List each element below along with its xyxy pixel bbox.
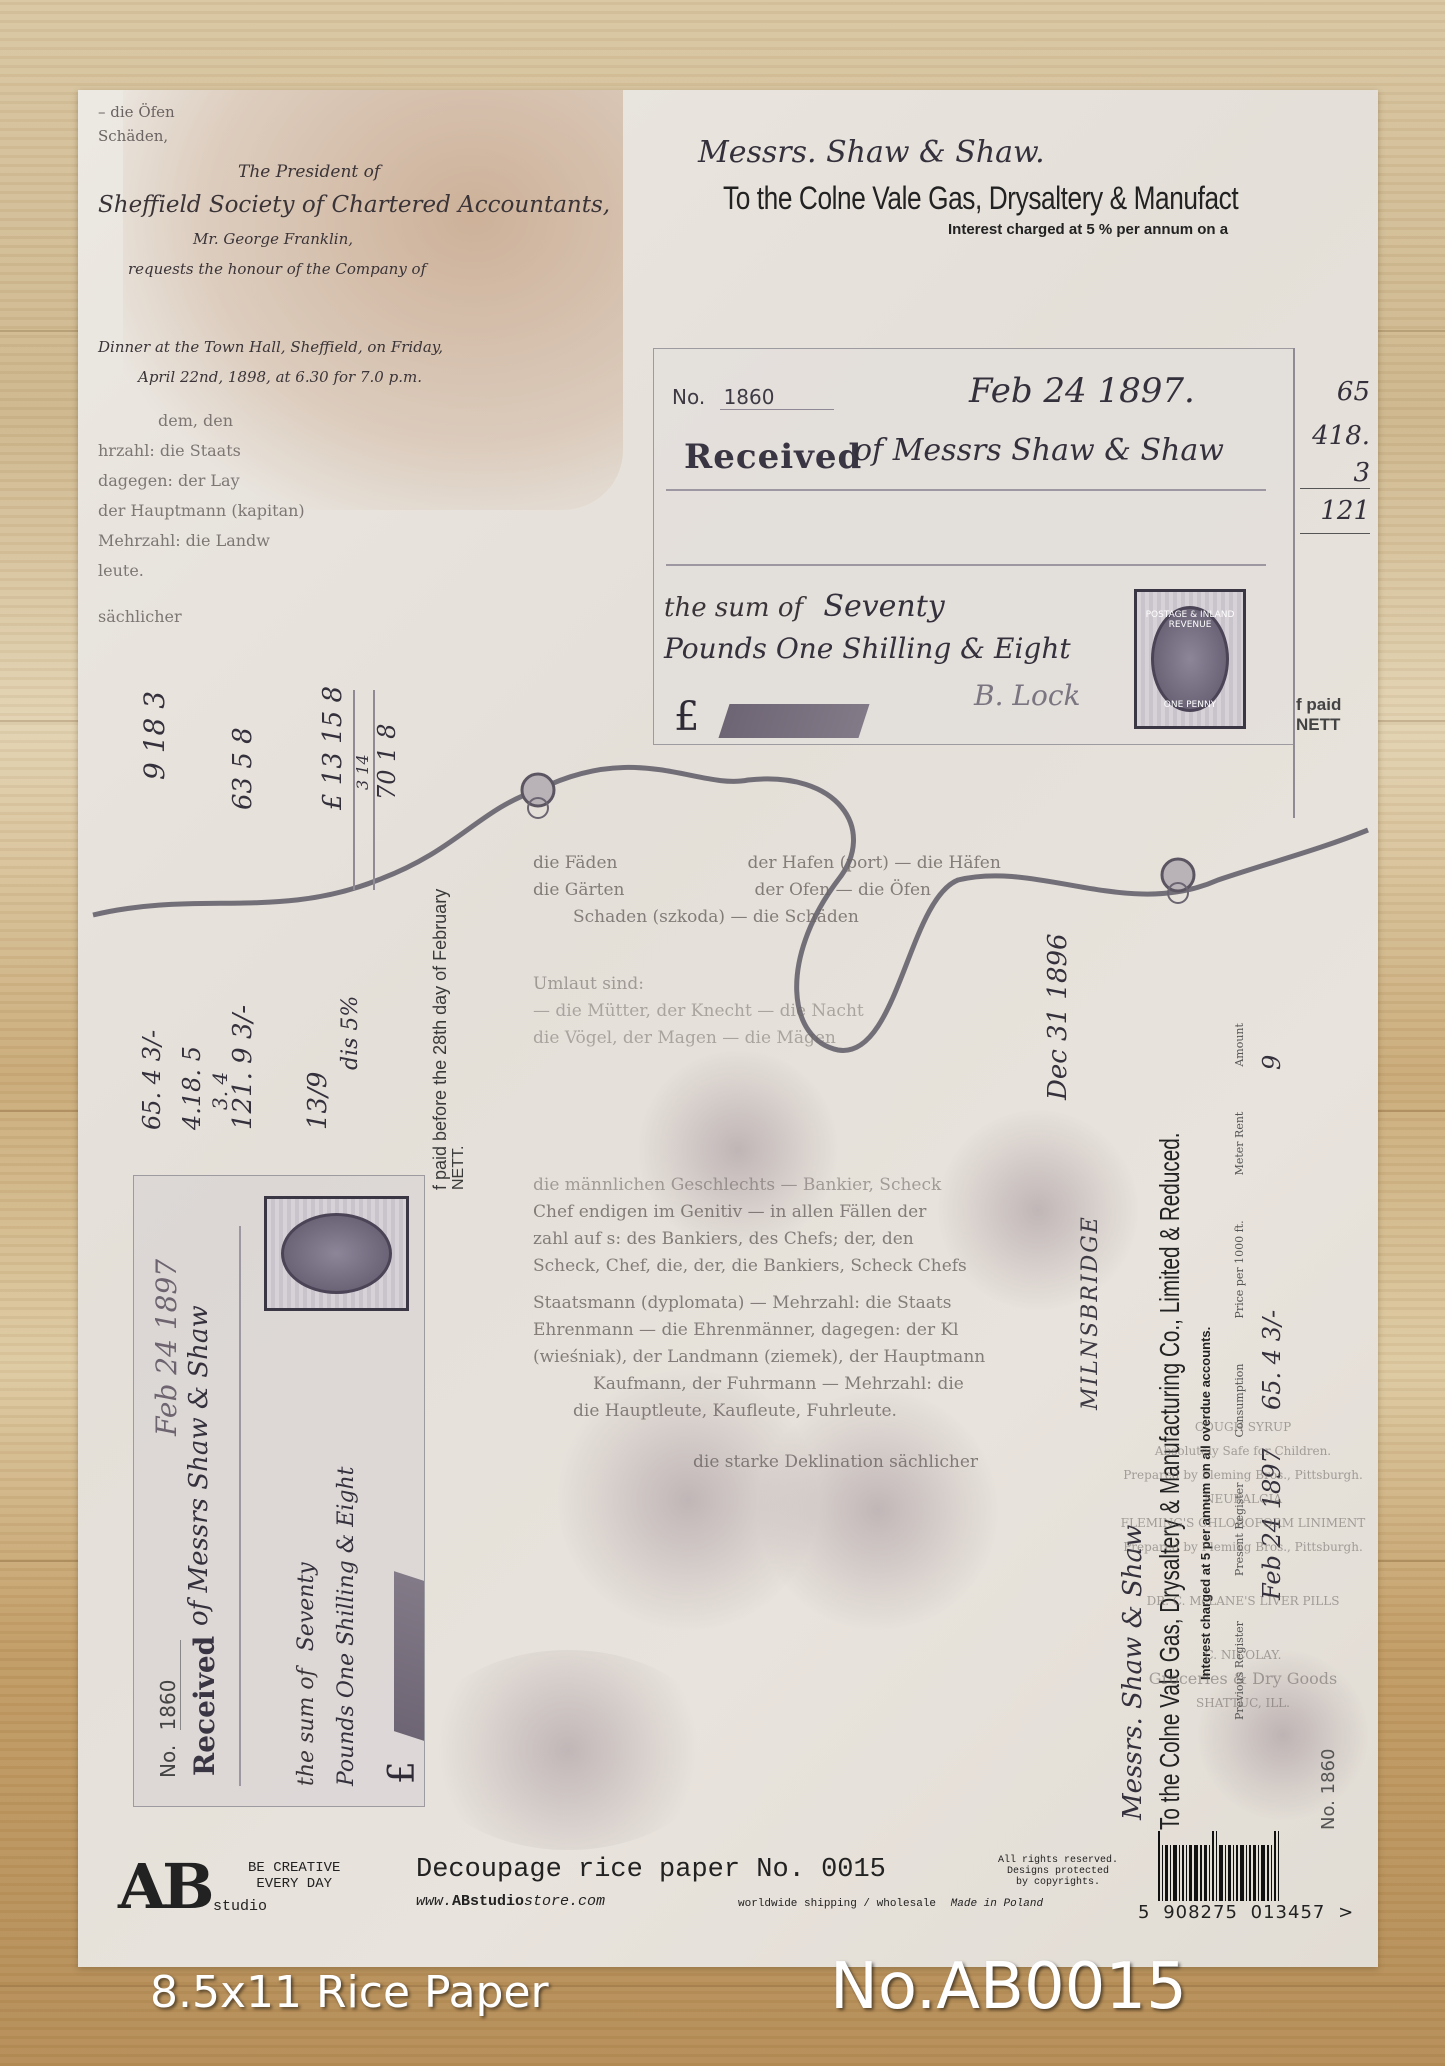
- number-value: 1860: [156, 1640, 181, 1731]
- ledger-figure: 70 1 8: [373, 724, 401, 800]
- column-header: Amount: [1233, 1023, 1246, 1067]
- ledger-figure: £ 13 15 8: [318, 686, 348, 810]
- shipping-text: worldwide shipping / wholesale: [738, 1898, 936, 1910]
- ledger-figure: 4.18. 5: [178, 1046, 206, 1130]
- pound-sign: £: [382, 1761, 423, 1784]
- ledger-rule: [353, 690, 355, 890]
- ad-line: Groceries & Dry Goods: [1108, 1667, 1378, 1691]
- number-value: 1860: [1318, 1749, 1339, 1795]
- ad-line: NEURALGIA: [1108, 1487, 1378, 1511]
- ad-line: FLEMING'S CHLOROFORM LINIMENT: [1108, 1511, 1378, 1535]
- paid-before-text: f paid before the 28th day of February: [430, 889, 451, 1190]
- ad-line: SHATTUC, ILL.: [1108, 1691, 1378, 1715]
- column-header: Meter Rent: [1233, 1112, 1246, 1176]
- sum-script: Seventy: [294, 1562, 319, 1651]
- shipping-info: worldwide shipping / wholesale Made in P…: [738, 1898, 1043, 1910]
- barcode-digit-group: 5: [1138, 1902, 1150, 1923]
- ad-line: DR. C. McLANE'S LIVER PILLS: [1108, 1589, 1378, 1613]
- receipt-rotated-content: [464, 1176, 754, 1796]
- barcode-arrow: >: [1338, 1902, 1354, 1923]
- received-from: of Messrs Shaw & Shaw: [184, 1305, 214, 1626]
- german-line: die Fäden: [533, 850, 617, 877]
- product-title: Decoupage rice paper No. 0015: [416, 1855, 886, 1885]
- ledger-rule: [373, 690, 375, 890]
- tagline-line: EVERY DAY: [248, 1876, 340, 1892]
- rice-paper-sheet: – die Öfen Schäden, The President of She…: [78, 90, 1378, 1967]
- sum-script: Pounds One Shilling & Eight: [334, 1467, 359, 1786]
- ledger-figures: 9 18 3 63 5 8 £ 13 15 8 3 14 70 1 8 65. …: [148, 690, 508, 1150]
- product-number-caption: No.AB0015: [830, 1950, 1187, 2024]
- ledger-figure: dis 5%: [338, 996, 363, 1070]
- logo-studio: studio: [213, 1898, 267, 1915]
- size-caption: 8.5x11 Rice Paper: [150, 1967, 549, 2018]
- tagline-line: BE CREATIVE: [248, 1860, 340, 1876]
- ad-line: Prepared by Fleming Bros., Pittsburgh.: [1108, 1535, 1378, 1559]
- copyright-notice: All rights reserved. Designs protected b…: [998, 1855, 1118, 1888]
- queen-portrait-icon: [281, 1213, 392, 1294]
- penny-stamp-icon: [264, 1196, 409, 1311]
- ledger-figure: 65. 4 3/-: [138, 1030, 166, 1130]
- german-line: Schaden (szkoda) — die Schäden: [573, 904, 1153, 931]
- german-line: die starke Deklination sächlicher: [693, 1449, 1153, 1476]
- barcode-icon: [1158, 1845, 1281, 1901]
- received-label: Received: [188, 1636, 221, 1776]
- german-line: die Gärten: [533, 877, 624, 904]
- ad-line: COUGH SYRUP: [1108, 1415, 1378, 1439]
- invoice-amount: 9: [1258, 1055, 1286, 1070]
- url-part: store.com: [524, 1893, 605, 1910]
- newspaper-ads: COUGH SYRUP Absolutely Safe for Children…: [1108, 1415, 1378, 1715]
- ledger-figure: 63 5 8: [228, 727, 258, 810]
- rights-line: All rights reserved.: [998, 1855, 1118, 1866]
- date-script: Feb 24 1897: [150, 1259, 183, 1436]
- sum-label: the sum of: [294, 1668, 319, 1786]
- barcode-digit-group: 908275: [1163, 1902, 1238, 1923]
- made-in-text: Made in Poland: [951, 1898, 1043, 1910]
- amount-box: [394, 1571, 424, 1741]
- receipt-rule: [239, 1226, 241, 1786]
- number-label: No.: [156, 1745, 180, 1778]
- german-line: der Hafen (port) — die Häfen: [747, 850, 1000, 877]
- rights-line: by copyrights.: [998, 1877, 1118, 1888]
- rights-line: Designs protected: [998, 1866, 1118, 1877]
- website-link[interactable]: www.ABstudiostore.com: [416, 1893, 605, 1910]
- invoice-amount: 65. 4 3/-: [1258, 1310, 1286, 1410]
- ab-logo: AB: [118, 1850, 211, 1923]
- receipt-rotated: No. 1860 Received of Messrs Shaw & Shaw …: [133, 1175, 425, 1807]
- url-part: ABstudio: [452, 1893, 524, 1910]
- vertical-date: Dec 31 1896: [1043, 933, 1073, 1100]
- ledger-figure: 121. 9 3/-: [228, 1005, 258, 1130]
- url-part: www.: [416, 1893, 452, 1910]
- tagline: BE CREATIVE EVERY DAY: [248, 1860, 340, 1892]
- german-line: der Ofen — die Öfen: [754, 877, 931, 904]
- vertical-place: MILNSBRIDGE: [1078, 1215, 1103, 1410]
- ad-line: Absolutely Safe for Children.: [1108, 1439, 1378, 1463]
- product-footer: AB studio BE CREATIVE EVERY DAY Decoupag…: [78, 1805, 1378, 1967]
- ledger-figure: 3 14: [353, 754, 372, 790]
- ad-line: Prepared by Fleming Bros., Pittsburgh.: [1108, 1463, 1378, 1487]
- barcode-digits: 5 908275 013457 >: [1138, 1902, 1354, 1923]
- ledger-figure: 9 18 3: [138, 691, 171, 780]
- ledger-figure: 13/9: [303, 1072, 333, 1130]
- column-header: Price per 1000 ft.: [1233, 1220, 1246, 1318]
- receipt-number: No. 1860: [156, 1640, 180, 1778]
- barcode-digit-group: 013457: [1251, 1902, 1326, 1923]
- ad-line: C. NICOLAY.: [1108, 1643, 1378, 1667]
- sum-line: the sum of Seventy: [294, 1562, 319, 1786]
